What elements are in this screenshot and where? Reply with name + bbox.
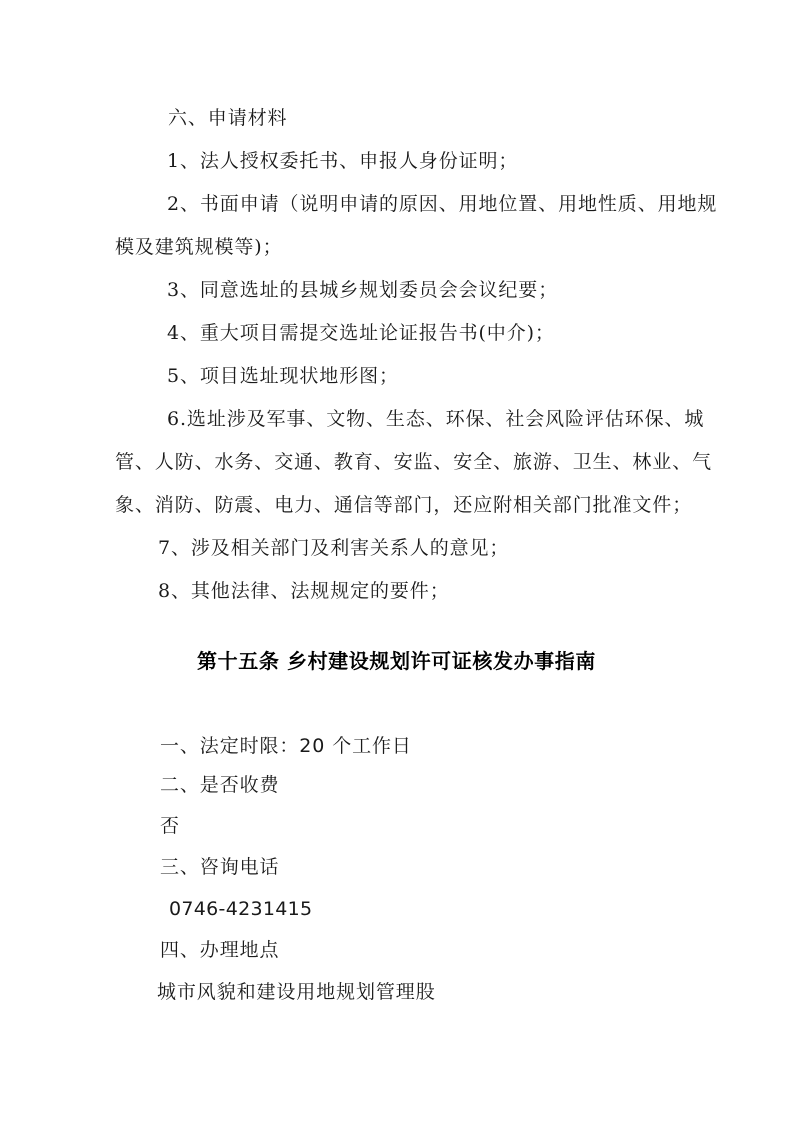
list-item: 6.选址涉及军事、文物、生态、环保、社会风险评估环保、城: [167, 407, 704, 431]
list-item: 5、项目选址现状地形图；: [167, 364, 399, 388]
phone-number: 0746-4231415: [169, 897, 312, 921]
guide-value: 否: [160, 814, 180, 838]
article-title: 第十五条 乡村建设规划许可证核发办事指南: [0, 648, 793, 674]
list-item-continuation: 管、人防、水务、交通、教育、安监、安全、旅游、卫生、林业、气: [115, 450, 712, 474]
guide-line: 三、咨询电话: [160, 855, 279, 879]
guide-line: 二、是否收费: [160, 773, 279, 797]
guide-line: 一、法定时限：20 个工作日: [160, 734, 412, 758]
list-item: 1、法人授权委托书、申报人身份证明；: [167, 149, 518, 173]
list-item: 7、涉及相关部门及利害关系人的意见；: [158, 536, 509, 560]
list-item-continuation: 象、消防、防震、电力、通信等部门，还应附相关部门批准文件；: [115, 493, 692, 517]
section-heading: 六、申请材料: [168, 106, 287, 130]
guide-value: 城市风貌和建设用地规划管理股: [157, 980, 436, 1004]
list-item: 2、书面申请（说明申请的原因、用地位置、用地性质、用地规: [167, 192, 717, 216]
list-item: 4、重大项目需提交选址论证报告书(中介)；: [167, 321, 555, 345]
guide-line: 四、办理地点: [160, 938, 279, 962]
list-item-continuation: 模及建筑规模等)；: [115, 235, 283, 259]
list-item: 8、其他法律、法规规定的要件；: [158, 579, 450, 603]
list-item: 3、同意选址的县城乡规划委员会会议纪要；: [167, 278, 558, 302]
